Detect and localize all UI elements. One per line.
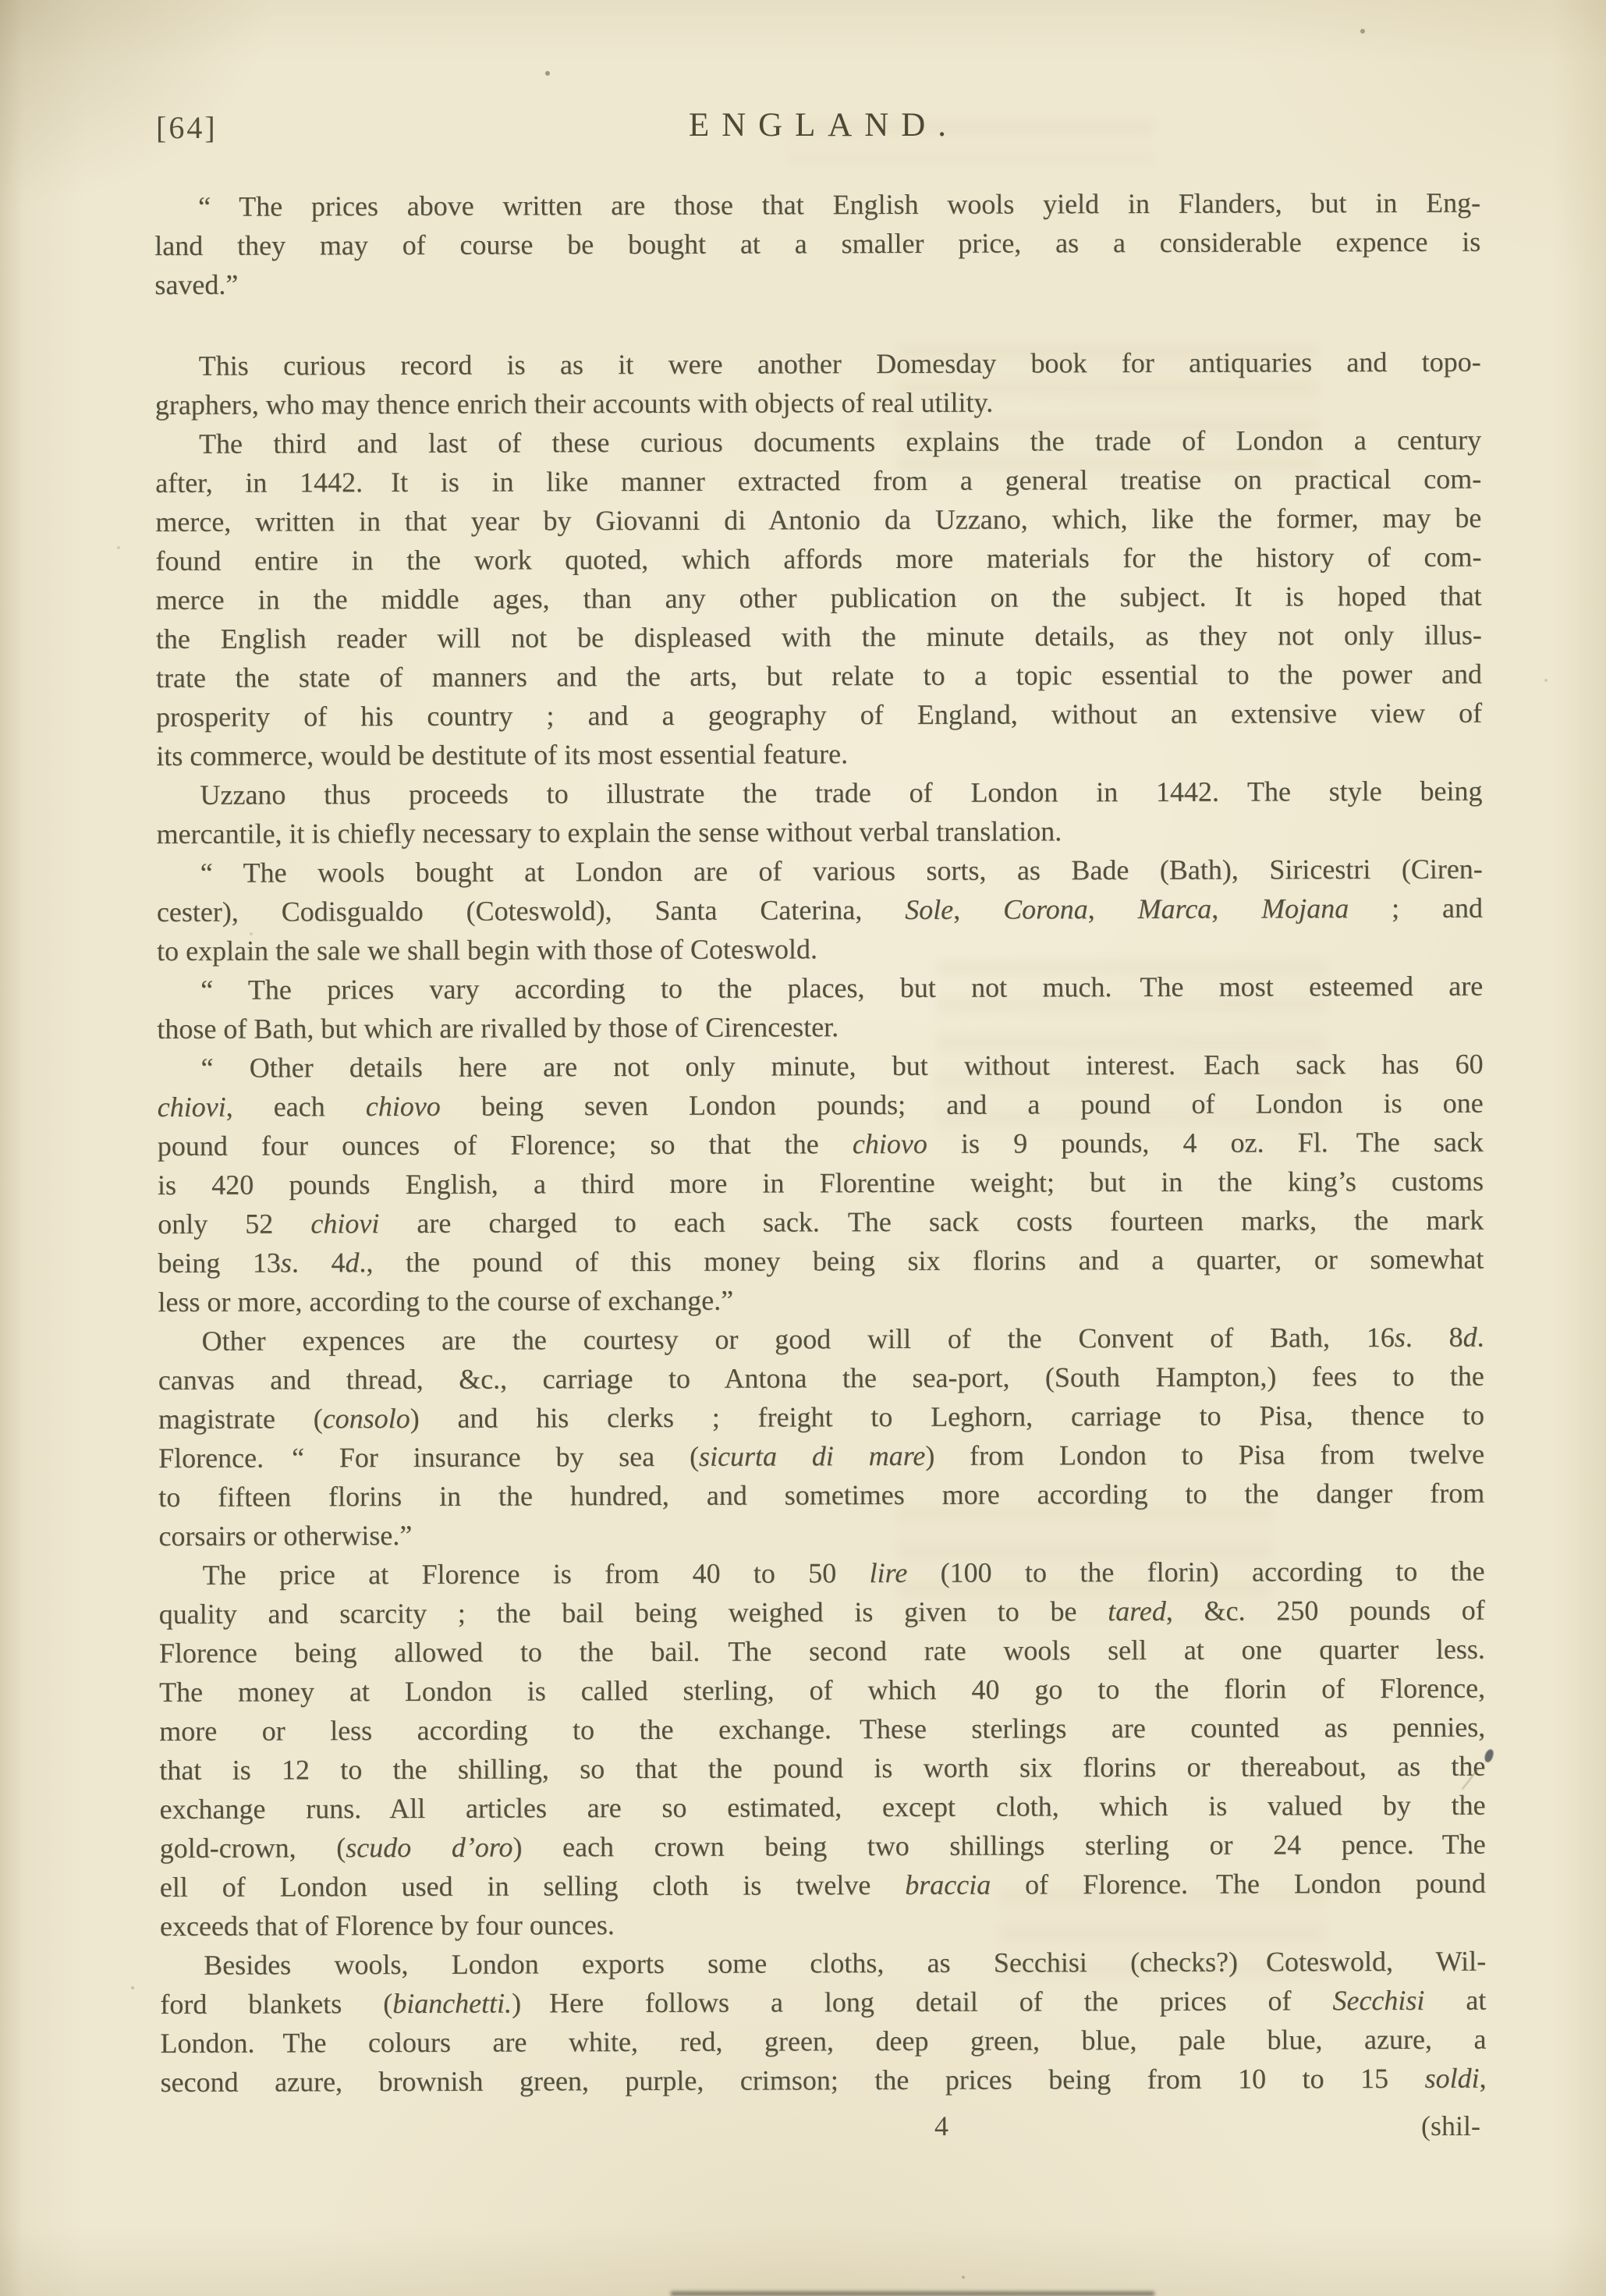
text-line: Florence being allowed to the bail. The … (159, 1630, 1485, 1673)
text-line: pound four ounces of Florence; so that t… (158, 1123, 1484, 1166)
text-line: prosperity of his country ; and a geogra… (156, 694, 1482, 736)
text-line: quality and scarcity ; the bail being we… (159, 1591, 1485, 1634)
paragraph: “ Other details here are not only minute… (157, 1045, 1484, 1322)
text-line: that is 12 to the shilling, so that the … (159, 1747, 1485, 1790)
text-line: merce, written in that year by Giovanni … (155, 499, 1481, 541)
text-line: those of Bath, but which are rivalled by… (157, 1006, 1483, 1049)
paragraph: The price at Florence is from 40 to 50 l… (159, 1552, 1487, 1946)
text-line: “ The prices vary according to the place… (157, 967, 1483, 1010)
page-header-row: [64] ENGLAND. (154, 106, 1480, 156)
text-line: second azure, brownish green, purple, cr… (161, 2059, 1487, 2102)
text-line: the English reader will not be displease… (156, 616, 1482, 658)
text-line: to fifteen florins in the hundred, and s… (158, 1474, 1484, 1517)
text-line: canvas and thread, &c., carriage to Anto… (158, 1357, 1484, 1400)
text-line: cester), Codisgualdo (Coteswold), Santa … (157, 889, 1483, 932)
text-line: its commerce, would be destitute of its … (156, 733, 1482, 775)
text-line: mercantile, it is chiefly necessary to e… (157, 811, 1483, 853)
text-line: less or more, according to the course of… (158, 1279, 1484, 1322)
text-line: gold-crown, (scudo d’oro) each crown bei… (160, 1825, 1486, 1868)
text-line: exceeds that of Florence by four ounces. (160, 1903, 1486, 1946)
text-line: ell of London used in selling cloth is t… (160, 1864, 1486, 1907)
paragraph: This curious record is as it were anothe… (155, 342, 1481, 424)
text-line: only 52 chiovi are charged to each sack.… (158, 1201, 1484, 1244)
text-line: merce in the middle ages, than any other… (156, 577, 1482, 619)
text-line: The third and last of these curious docu… (155, 421, 1481, 463)
text-line: Florence. “ For insurance by sea (sicurt… (158, 1435, 1484, 1478)
running-header-title: ENGLAND. (154, 106, 1480, 144)
text-line: chiovi, each chiovo being seven London p… (158, 1084, 1484, 1127)
text-line: Besides wools, London exports some cloth… (160, 1942, 1486, 1985)
paragraph: “ The prices vary according to the place… (157, 967, 1483, 1049)
text-line: The price at Florence is from 40 to 50 l… (159, 1552, 1485, 1595)
text-line: corsairs or otherwise.” (158, 1513, 1484, 1556)
catchword: (shil- (1421, 2106, 1480, 2145)
text-line: “ Other details here are not only minute… (157, 1045, 1483, 1088)
text-line: being 13s. 4d., the pound of this money … (158, 1240, 1484, 1283)
paragraph: Besides wools, London exports some cloth… (160, 1942, 1487, 2102)
text-line: land they may of course be bought at a s… (154, 222, 1480, 265)
paragraph: “ The prices above written are those tha… (154, 183, 1480, 304)
text-body: “ The prices above written are those tha… (154, 183, 1487, 2102)
text-line: This curious record is as it were anothe… (155, 342, 1481, 385)
paragraph: The third and last of these curious docu… (155, 421, 1482, 775)
text-line: more or less according to the exchange. … (159, 1708, 1485, 1751)
text-line: after, in 1442. It is in like manner ext… (155, 460, 1481, 502)
scan-bottom-smudge (671, 2291, 1154, 2296)
text-line: saved.” (154, 261, 1480, 304)
text-line: exchange runs. All articles are so estim… (159, 1786, 1485, 1829)
text-line: “ The prices above written are those tha… (154, 183, 1480, 226)
text-line: Uzzano thus proceeds to illustrate the t… (156, 772, 1482, 814)
page-footer-row: 4 (shil- (154, 2106, 1480, 2145)
text-line: to explain the sale we shall begin with … (157, 928, 1483, 971)
text-line: magistrate (consolo) and his clerks ; fr… (158, 1396, 1484, 1439)
book-page: [64] ENGLAND. “ The prices above written… (0, 0, 1606, 2296)
signature-mark: 4 (934, 2106, 948, 2145)
paragraph: Uzzano thus proceeds to illustrate the t… (156, 772, 1482, 853)
text-line: is 420 pounds English, a third more in F… (158, 1162, 1484, 1205)
text-line: The money at London is called sterling, … (159, 1669, 1485, 1712)
text-line: “ The wools bought at London are of vari… (157, 850, 1483, 892)
text-line: trate the state of manners and the arts,… (156, 655, 1482, 697)
paragraph: “ The wools bought at London are of vari… (157, 850, 1483, 971)
text-line: graphers, who may thence enrich their ac… (155, 381, 1481, 424)
text-line: ford blankets (bianchetti.) Here follows… (160, 1981, 1486, 2024)
paragraph: Other expences are the courtesy or good … (158, 1318, 1485, 1556)
text-line: London. The colours are white, red, gree… (160, 2020, 1486, 2063)
foxing-specks (0, 0, 3, 3)
text-line: found entire in the work quoted, which a… (155, 538, 1481, 580)
text-line: Other expences are the courtesy or good … (158, 1318, 1484, 1361)
